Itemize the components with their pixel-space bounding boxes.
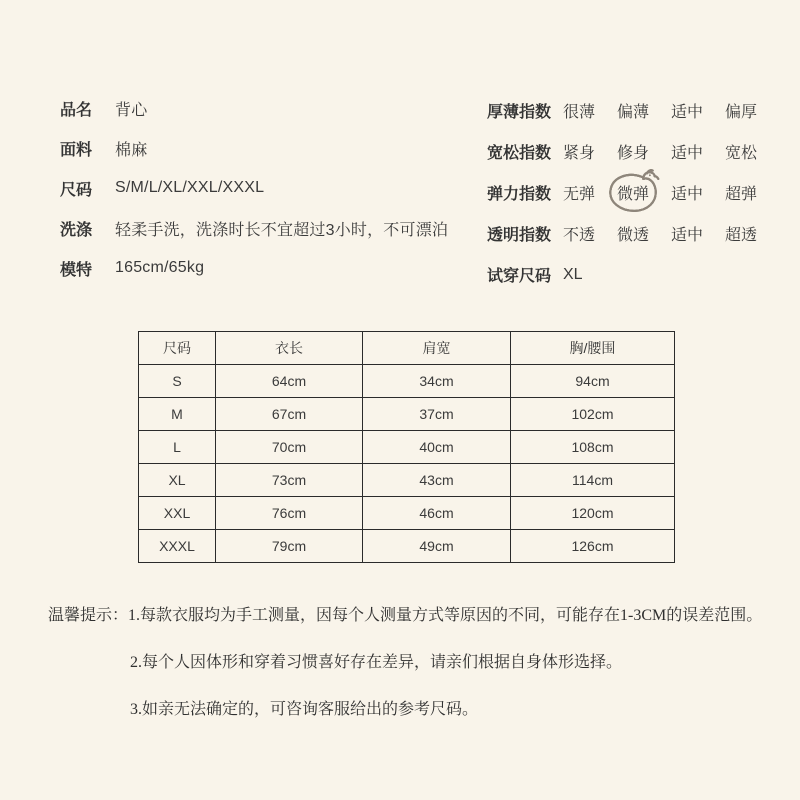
col-header-chest-waist: 胸/腰围 xyxy=(511,332,675,365)
transparency-option-selected: 不透 xyxy=(563,222,617,245)
table-row: M 67cm 37cm 102cm xyxy=(139,398,675,431)
cell-chest-waist: 94cm xyxy=(511,365,675,398)
cell-size: L xyxy=(139,431,216,464)
looseness-option: 修身 xyxy=(617,140,671,163)
washing-label: 洗涤 xyxy=(60,217,115,240)
table-row: XL 73cm 43cm 114cm xyxy=(139,464,675,497)
index-row-looseness: 宽松指数 紧身 修身 适中 宽松 xyxy=(487,131,779,172)
index-row-thickness: 厚薄指数 很薄 偏薄 适中 偏厚 xyxy=(487,90,779,131)
option-label: 微透 xyxy=(617,222,649,245)
size-table-header-row: 尺码 衣长 肩宽 胸/腰围 xyxy=(139,332,675,365)
option-label: 适中 xyxy=(671,140,703,163)
fit-size-value: XL xyxy=(563,266,617,284)
cell-shoulder: 34cm xyxy=(363,365,511,398)
cell-length: 64cm xyxy=(216,365,363,398)
table-row: XXXL 79cm 49cm 126cm xyxy=(139,530,675,563)
product-info-row-sizes: 尺码 S/M/L/XL/XXL/XXXL xyxy=(60,168,448,208)
looseness-option: 适中 xyxy=(671,140,725,163)
elasticity-index-label: 弹力指数 xyxy=(487,181,563,204)
transparency-index-label: 透明指数 xyxy=(487,222,563,245)
sizes-label: 尺码 xyxy=(60,177,115,200)
product-info-row-washing: 洗涤 轻柔手洗，洗涤时长不宜超过3小时，不可漂泊 xyxy=(60,208,448,248)
cell-length: 79cm xyxy=(216,530,363,563)
option-label: 适中 xyxy=(671,99,703,122)
cell-shoulder: 37cm xyxy=(363,398,511,431)
index-row-transparency: 透明指数 不透 微透 适中 超透 xyxy=(487,213,779,254)
option-label: 适中 xyxy=(671,181,703,204)
thickness-index-label: 厚薄指数 xyxy=(487,99,563,122)
col-header-shoulder: 肩宽 xyxy=(363,332,511,365)
transparency-option: 微透 xyxy=(617,222,671,245)
cell-length: 70cm xyxy=(216,431,363,464)
size-table: 尺码 衣长 肩宽 胸/腰围 S 64cm 34cm 94cm M 67cm 37… xyxy=(138,331,675,563)
index-row-elasticity: 弹力指数 无弹 微弹 适中 超弹 xyxy=(487,172,779,213)
cell-size: XXXL xyxy=(139,530,216,563)
option-label: 宽松 xyxy=(725,140,757,163)
option-label: 超弹 xyxy=(725,181,757,204)
product-info: 品名 背心 面料 棉麻 尺码 S/M/L/XL/XXL/XXXL 洗涤 轻柔手洗… xyxy=(60,88,448,288)
index-panel: 厚薄指数 很薄 偏薄 适中 偏厚 宽松指数 紧身 修身 适中 宽松 弹力指数 无… xyxy=(487,90,779,295)
cell-chest-waist: 108cm xyxy=(511,431,675,464)
thickness-option: 偏薄 xyxy=(617,99,671,122)
sizes-value: S/M/L/XL/XXL/XXXL xyxy=(115,179,264,197)
transparency-option: 适中 xyxy=(671,222,725,245)
thickness-option: 适中 xyxy=(671,99,725,122)
model-label: 模特 xyxy=(60,257,115,280)
looseness-option-selected: 宽松 xyxy=(725,140,779,163)
thickness-option-selected: 很薄 xyxy=(563,99,617,122)
product-name-value: 背心 xyxy=(115,97,147,120)
cell-length: 76cm xyxy=(216,497,363,530)
tip-line-1: 温馨提示：1.每款衣服均为手工测量，因每个人测量方式等原因的不同，可能存在1-3… xyxy=(48,604,768,628)
col-header-size: 尺码 xyxy=(139,332,216,365)
tips-prefix: 温馨提示： xyxy=(48,607,128,624)
table-row: S 64cm 34cm 94cm xyxy=(139,365,675,398)
product-info-row-name: 品名 背心 xyxy=(60,88,448,128)
cell-size: S xyxy=(139,365,216,398)
cell-chest-waist: 114cm xyxy=(511,464,675,497)
elasticity-option: 适中 xyxy=(671,181,725,204)
option-label: 偏厚 xyxy=(725,99,757,122)
option-label: 修身 xyxy=(617,140,649,163)
option-label: 很薄 xyxy=(563,99,595,122)
cell-size: XL xyxy=(139,464,216,497)
looseness-option: 紧身 xyxy=(563,140,617,163)
option-label: 超透 xyxy=(725,222,757,245)
product-info-row-model: 模特 165cm/65kg xyxy=(60,248,448,288)
cell-length: 73cm xyxy=(216,464,363,497)
model-value: 165cm/65kg xyxy=(115,259,204,277)
option-label: 微弹 xyxy=(617,181,649,204)
tip-text-1: 1.每款衣服均为手工测量，因每个人测量方式等原因的不同，可能存在1-3CM的误差… xyxy=(128,607,762,624)
cell-chest-waist: 120cm xyxy=(511,497,675,530)
cell-shoulder: 46cm xyxy=(363,497,511,530)
option-label: 无弹 xyxy=(563,181,595,204)
table-row: L 70cm 40cm 108cm xyxy=(139,431,675,464)
cell-length: 67cm xyxy=(216,398,363,431)
tip-line-2: 2.每个人因体形和穿着习惯喜好存在差异，请亲们根据自身体形选择。 xyxy=(48,651,768,675)
fit-size-label: 试穿尺码 xyxy=(487,263,563,286)
cell-size: XXL xyxy=(139,497,216,530)
tips: 温馨提示：1.每款衣服均为手工测量，因每个人测量方式等原因的不同，可能存在1-3… xyxy=(48,604,768,745)
product-info-row-fabric: 面料 棉麻 xyxy=(60,128,448,168)
tip-line-3: 3.如亲无法确定的，可咨询客服给出的参考尺码。 xyxy=(48,698,768,722)
cell-shoulder: 43cm xyxy=(363,464,511,497)
fabric-value: 棉麻 xyxy=(115,137,147,160)
cell-chest-waist: 126cm xyxy=(511,530,675,563)
option-label: 偏薄 xyxy=(617,99,649,122)
option-label: 不透 xyxy=(563,222,595,245)
product-name-label: 品名 xyxy=(60,97,115,120)
table-row: XXL 76cm 46cm 120cm xyxy=(139,497,675,530)
col-header-length: 衣长 xyxy=(216,332,363,365)
cell-shoulder: 49cm xyxy=(363,530,511,563)
elasticity-option: 超弹 xyxy=(725,181,779,204)
elasticity-option-selected: 微弹 xyxy=(617,181,671,204)
cell-size: M xyxy=(139,398,216,431)
cell-chest-waist: 102cm xyxy=(511,398,675,431)
transparency-option: 超透 xyxy=(725,222,779,245)
cell-shoulder: 40cm xyxy=(363,431,511,464)
looseness-index-label: 宽松指数 xyxy=(487,140,563,163)
size-chart-page: 品名 背心 面料 棉麻 尺码 S/M/L/XL/XXL/XXXL 洗涤 轻柔手洗… xyxy=(0,0,800,800)
index-row-fit-size: 试穿尺码 XL xyxy=(487,254,779,295)
elasticity-option: 无弹 xyxy=(563,181,617,204)
option-label: 紧身 xyxy=(563,140,595,163)
fabric-label: 面料 xyxy=(60,137,115,160)
thickness-option: 偏厚 xyxy=(725,99,779,122)
option-label: 适中 xyxy=(671,222,703,245)
washing-value: 轻柔手洗，洗涤时长不宜超过3小时，不可漂泊 xyxy=(115,217,448,240)
